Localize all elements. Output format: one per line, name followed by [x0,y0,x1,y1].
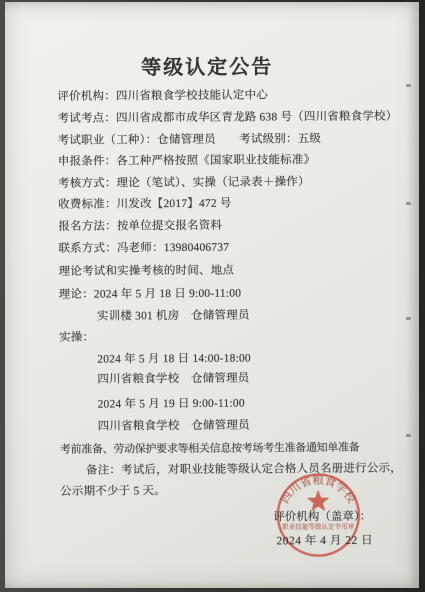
signature-date: 2024 年 4 月 22 日 [276,532,373,549]
document-photo: 等级认定公告 评价机构：四川省粮食学校技能认定中心 考试考点：四川省成都市成华区… [0,0,425,592]
line-preparation-note: 考前准备、劳动保护要求等相关信息按考场考生准备通知单准备 [60,441,360,458]
line-remark-continued: 公示期不少于 5 天。 [60,484,166,500]
line-theory-time: 理论：2024 年 5 月 18 日 9:00-11:00 [59,287,241,303]
line-application-conditions: 申报条件：各工种严格按照《国家职业技能标准》 [58,153,316,170]
line-theory-venue: 实训楼 301 机房 仓储管理员 [97,309,250,325]
line-schedule-heading: 理论考试和实操考核的时间、地点 [59,264,235,280]
signature-label: 评价机构（盖章）： [273,508,371,525]
line-assessment-method: 考核方式：理论（笔试）、实操（记录表＋操作） [58,175,310,192]
line-evaluation-org: 评价机构：四川省粮食学校技能认定中心 [57,88,268,104]
line-occupation-level: 考试职业（工种）：仓储管理员 考试级别：五级 [58,132,321,149]
line-fee-standard: 收费标准：川发改【2017】472 号 [58,197,232,213]
line-practice-venue-1: 四川省粮食学校 仓储管理员 [97,372,249,388]
document-content: 等级认定公告 评价机构：四川省粮食学校技能认定中心 考试考点：四川省成都市成华区… [0,0,425,592]
line-practice-time-2: 2024 年 5 月 19 日 9:00-11:00 [97,397,244,413]
document-title: 等级认定公告 [0,49,414,81]
line-practice-heading: 实操： [59,331,94,346]
line-registration-method: 报名方法：按单位提交报名资料 [58,219,222,235]
line-practice-venue-2: 四川省粮食学校 仓储管理员 [98,419,250,435]
line-contact-info: 联系方式：冯老师：13980406737 [58,241,229,257]
line-exam-site: 考试考点：四川省成都市成华区青龙路 638 号（四川省粮食学校） [58,110,398,127]
line-practice-time-1: 2024 年 5 月 18 日 14:00-18:00 [97,352,251,368]
